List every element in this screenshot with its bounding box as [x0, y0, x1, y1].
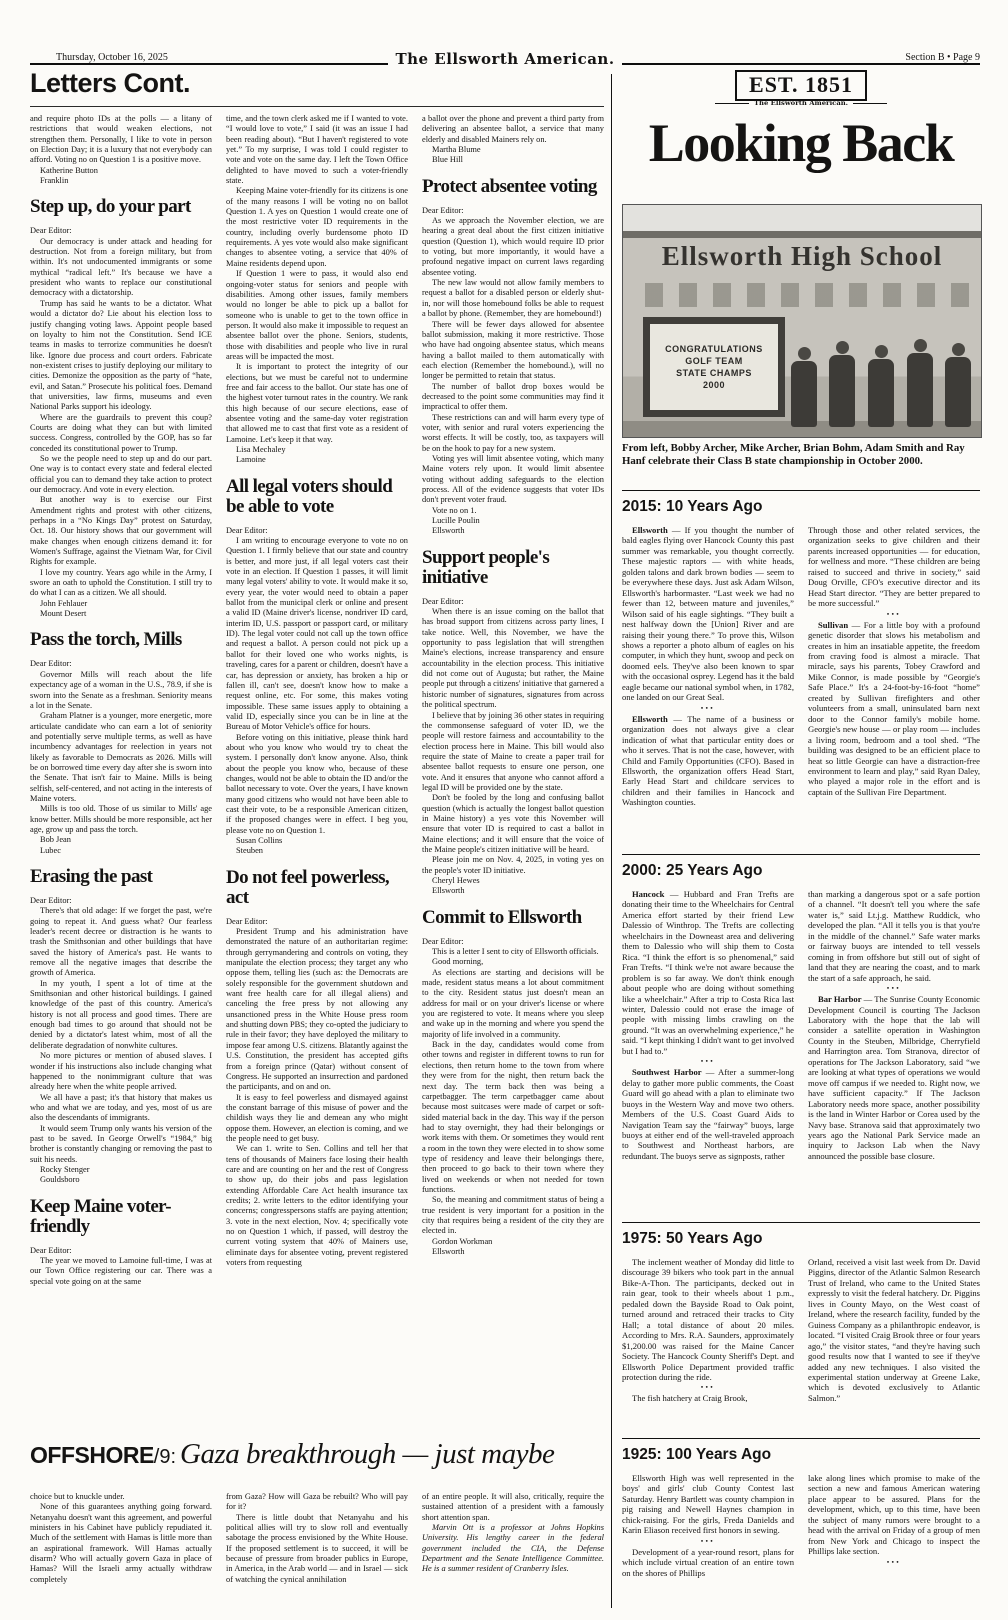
golf-team-figure [868, 345, 894, 427]
dateline-lead: Hancock [632, 889, 664, 899]
paragraph: As elections are starting and decisions … [422, 968, 604, 1040]
paragraph: of an entire people. It will also, criti… [422, 1492, 604, 1523]
section-column-right: than marking a dangerous spot or a safe … [808, 889, 980, 1161]
paragraph: Keeping Maine voter-friendly for its cit… [226, 186, 408, 269]
paragraph: The fish hatchery at Craig Brook, [622, 1393, 794, 1403]
paragraph: Dear Editor: [422, 206, 604, 216]
section-divider-dots: ••• [622, 1058, 794, 1065]
paragraph: Dear Editor: [422, 597, 604, 607]
offshore-slug: /9: [154, 1446, 176, 1468]
section-divider-dots: ••• [622, 1538, 794, 1545]
paragraph: Mills is too old. Those of us similar to… [30, 804, 212, 835]
vertical-divider [611, 74, 612, 1608]
paragraph: As we approach the November election, we… [422, 216, 604, 278]
letter-signature: Mount Desert [30, 609, 212, 619]
section-divider-dots: ••• [622, 1384, 794, 1391]
section-divider-dots: ••• [808, 985, 980, 992]
section-column-right: lake along lines which promise to make o… [808, 1473, 980, 1578]
paragraph: Where are the guardrails to prevent this… [30, 413, 212, 454]
letter-signature: Gordon Workman [422, 1237, 604, 1247]
dateline-lead: Sullivan [818, 620, 848, 630]
dateline-lead: Ellsworth [632, 525, 668, 535]
paragraph: Dear Editor: [422, 937, 604, 947]
paragraph: There's that old adage: If we forget the… [30, 906, 212, 978]
section-heading: 2015: 10 Years Ago [622, 498, 980, 516]
section-column-left: The inclement weather of Monday did litt… [622, 1257, 794, 1404]
paragraph: It is easy to feel powerless and dismaye… [226, 1093, 408, 1145]
paragraph: This is a letter I sent to city of Ellsw… [422, 947, 604, 957]
letters-cont-title: Letters Cont. [30, 68, 190, 99]
paragraph: Development of a year-round resort, plan… [622, 1547, 794, 1578]
paragraph: None of this guarantees anything going f… [30, 1502, 212, 1585]
section-column-left: Hancock — Hubbard and Fran Trefts are do… [622, 889, 794, 1161]
looking-back-title: Looking Back [622, 112, 980, 174]
paragraph: The inclement weather of Monday did litt… [622, 1257, 794, 1382]
paragraph: The new law would not allow family membe… [422, 278, 604, 319]
paragraph: But another way is to exercise our First… [30, 495, 212, 567]
paragraph: Orland, received a visit last week from … [808, 1257, 980, 1403]
letter-signature: Lubec [30, 846, 212, 856]
offshore-column-1: choice but to knuckle under.None of this… [30, 1492, 212, 1616]
photo-caption: From left, Bobby Archer, Mike Archer, Br… [622, 442, 980, 468]
letter-headline: Pass the torch, Mills [30, 630, 212, 650]
letters-title-rule [30, 106, 604, 107]
offshore-title: Gaza breakthrough — just maybe [180, 1438, 554, 1470]
est-1851-badge: EST. 1851 The Ellsworth American. [622, 70, 980, 107]
letter-signature: Ellsworth [422, 1247, 604, 1257]
section-divider-dots: ••• [808, 611, 980, 618]
paragraph: If Question 1 were to pass, it would als… [226, 269, 408, 362]
letter-headline: Do not feel powerless, act [226, 868, 408, 908]
letter-headline: Erasing the past [30, 867, 212, 887]
section-column-left: Ellsworth — If you thought the number of… [622, 525, 794, 808]
paragraph: Voting yes will limit absentee voting, w… [422, 454, 604, 506]
section-1975-50-years-ago: 1975: 50 Years Ago The inclement weather… [622, 1222, 980, 1437]
paragraph: President Trump and his administration h… [226, 927, 408, 1093]
letter-headline: Step up, do your part [30, 197, 212, 217]
letter-signature: Lisa Mechaley [226, 445, 408, 455]
letter-headline: Protect absentee voting [422, 177, 604, 197]
header-rule: The Ellsworth American. [30, 50, 980, 68]
letters-column-3: a ballot over the phone and prevent a th… [422, 114, 604, 1438]
letter-signature: Steuben [226, 846, 408, 856]
paragraph: Hancock — Hubbard and Fran Trefts are do… [622, 889, 794, 1056]
golf-team-figure [791, 347, 817, 427]
section-divider-dots: ••• [808, 1559, 980, 1566]
offshore-headline: OFFSHORE/9: Gaza breakthrough — just may… [30, 1438, 604, 1471]
paragraph: There is little doubt that Netanyahu and… [226, 1513, 408, 1585]
paragraph: We can 1. write to Sen. Collins and tell… [226, 1144, 408, 1268]
ellsworth-high-school-photo: Ellsworth High School CONGRATULATIONS GO… [622, 204, 982, 438]
section-heading: 1925: 100 Years Ago [622, 1446, 980, 1464]
letter-headline: Commit to Ellsworth [422, 908, 604, 928]
paragraph: Dear Editor: [30, 226, 212, 236]
paragraph: In my youth, I spent a lot of time at th… [30, 979, 212, 1051]
section-heading: 1975: 50 Years Ago [622, 1230, 980, 1248]
paragraph: Vote no on 1. [422, 506, 604, 516]
paragraph: from Gaza? How will Gaza be rebuilt? Who… [226, 1492, 408, 1513]
letter-signature: Ellsworth [422, 526, 604, 536]
photo-roofline [623, 231, 981, 238]
paragraph: time, and the town clerk asked me if I w… [226, 114, 408, 186]
paragraph: Before voting on this initiative, please… [226, 733, 408, 836]
golf-team-figure [907, 339, 933, 427]
paragraph: Ellsworth — If you thought the number of… [622, 525, 794, 703]
paragraph: These restrictions can and will harm eve… [422, 413, 604, 454]
letters-column-1: and require photo IDs at the polls — a l… [30, 114, 212, 1438]
paragraph: Ellsworth High was well represented in t… [622, 1473, 794, 1536]
paragraph: So, the meaning and commitment status of… [422, 1195, 604, 1236]
paragraph: Dear Editor: [30, 659, 212, 669]
paragraph: Dear Editor: [30, 1246, 212, 1256]
paragraph: Dear Editor: [30, 896, 212, 906]
sign-line: GOLF TEAM [650, 356, 778, 366]
paragraph: It would seem Trump only wants his versi… [30, 1124, 212, 1165]
letter-signature: Rocky Stenger [30, 1165, 212, 1175]
paragraph: There will be fewer days allowed for abs… [422, 320, 604, 382]
sign-line: STATE CHAMPS [650, 368, 778, 378]
dateline-lead: Southwest Harbor [632, 1067, 702, 1077]
paragraph: a ballot over the phone and prevent a th… [422, 114, 604, 145]
sign-line: 2000 [650, 380, 778, 390]
paragraph: Trump has said he wants to be a dictator… [30, 299, 212, 413]
paragraph: Ellsworth — The name of a business or or… [622, 714, 794, 808]
section-divider-dots: ••• [622, 705, 794, 712]
section-1925-100-years-ago: 1925: 100 Years Ago Ellsworth High was w… [622, 1438, 980, 1615]
letter-signature: Ellsworth [422, 886, 604, 896]
header-rule-left [30, 63, 388, 65]
est-masthead-small: The Ellsworth American. [622, 99, 980, 107]
section-2000-25-years-ago: 2000: 25 Years Ago Hancock — Hubbard and… [622, 854, 980, 1223]
sign-line: CONGRATULATIONS [650, 344, 778, 354]
letter-signature: Katherine Button [30, 166, 212, 176]
paragraph: Don't be fooled by the long and confusin… [422, 793, 604, 855]
letter-headline: Support people's initiative [422, 548, 604, 588]
paragraph: lake along lines which promise to make o… [808, 1473, 980, 1557]
header-rule-right [622, 63, 980, 65]
letter-signature: Franklin [30, 176, 212, 186]
congratulations-signboard: CONGRATULATIONS GOLF TEAM STATE CHAMPS 2… [643, 317, 785, 417]
letter-headline: All legal voters should be able to vote [226, 477, 408, 517]
paragraph: When there is an issue coming on the bal… [422, 607, 604, 710]
paragraph: Please join me on Nov. 4, 2025, in votin… [422, 855, 604, 876]
paragraph: I believe that by joining 36 other state… [422, 711, 604, 794]
letter-signature: John Fehlauer [30, 599, 212, 609]
paragraph: Dear Editor: [226, 526, 408, 536]
offshore-column-3: of an entire people. It will also, criti… [422, 1492, 604, 1616]
paragraph: I am writing to encourage everyone to vo… [226, 536, 408, 733]
letter-headline: Keep Maine voter-friendly [30, 1197, 212, 1237]
offshore-column-2: from Gaza? How will Gaza be rebuilt? Who… [226, 1492, 408, 1616]
paragraph: The year we moved to Lamoine full-time, … [30, 1256, 212, 1287]
letters-column-2: time, and the town clerk asked me if I w… [226, 114, 408, 1438]
newspaper-page: Thursday, October 16, 2025 Section B • P… [0, 0, 1008, 1620]
golf-team-figure [829, 341, 855, 427]
letter-signature: Gouldsboro [30, 1175, 212, 1185]
paragraph: Dear Editor: [226, 917, 408, 927]
golf-team-figure [945, 343, 971, 427]
paragraph: Southwest Harbor — After a summer-long d… [622, 1067, 794, 1161]
paragraph: Through those and other related services… [808, 525, 980, 609]
paragraph: Graham Platner is a younger, more energe… [30, 711, 212, 804]
section-column-right: Through those and other related services… [808, 525, 980, 808]
paragraph: than marking a dangerous spot or a safe … [808, 889, 980, 983]
section-column-left: Ellsworth High was well represented in t… [622, 1473, 794, 1578]
letter-signature: Susan Collins [226, 836, 408, 846]
letter-signature: Cheryl Hewes [422, 876, 604, 886]
paragraph: It is important to protect the integrity… [226, 362, 408, 445]
letter-signature: Lamoine [226, 455, 408, 465]
photo-windows [629, 283, 975, 307]
paragraph: I love my country. Years ago while in th… [30, 568, 212, 599]
section-column-right: Orland, received a visit last week from … [808, 1257, 980, 1404]
paragraph: The number of ballot drop boxes would be… [422, 382, 604, 413]
paragraph: Bar Harbor — The Sunrise County Economic… [808, 994, 980, 1161]
school-facade-sign: Ellsworth High School [623, 241, 981, 272]
paragraph: Marvin Ott is a professor at Johns Hopki… [422, 1523, 604, 1575]
offshore-kicker: OFFSHORE [30, 1442, 154, 1468]
paragraph: Back in the day, candidates would come f… [422, 1040, 604, 1195]
paragraph: We all have a past; it's that history th… [30, 1093, 212, 1124]
paragraph: Our democracy is under attack and headin… [30, 237, 212, 299]
paragraph: Governor Mills will reach about the life… [30, 670, 212, 711]
dateline-lead: Bar Harbor [818, 994, 862, 1004]
paragraph: So we the people need to step up and do … [30, 454, 212, 495]
letter-signature: Bob Jean [30, 835, 212, 845]
letter-signature: Blue Hill [422, 155, 604, 165]
section-heading: 2000: 25 Years Ago [622, 862, 980, 880]
paragraph: Sullivan — For a little boy with a profo… [808, 620, 980, 798]
paragraph: No more pictures or mention of abused sl… [30, 1051, 212, 1092]
paragraph: Good morning, [422, 957, 604, 967]
letter-signature: Martha Blume [422, 145, 604, 155]
paragraph: and require photo IDs at the polls — a l… [30, 114, 212, 166]
masthead: The Ellsworth American. [388, 50, 621, 68]
dateline-lead: Ellsworth [632, 714, 668, 724]
est-1851-label: EST. 1851 [735, 70, 867, 101]
letter-signature: Lucille Poulin [422, 516, 604, 526]
section-2015-10-years-ago: 2015: 10 Years Ago Ellsworth — If you th… [622, 490, 980, 855]
paragraph: choice but to knuckle under. [30, 1492, 212, 1502]
